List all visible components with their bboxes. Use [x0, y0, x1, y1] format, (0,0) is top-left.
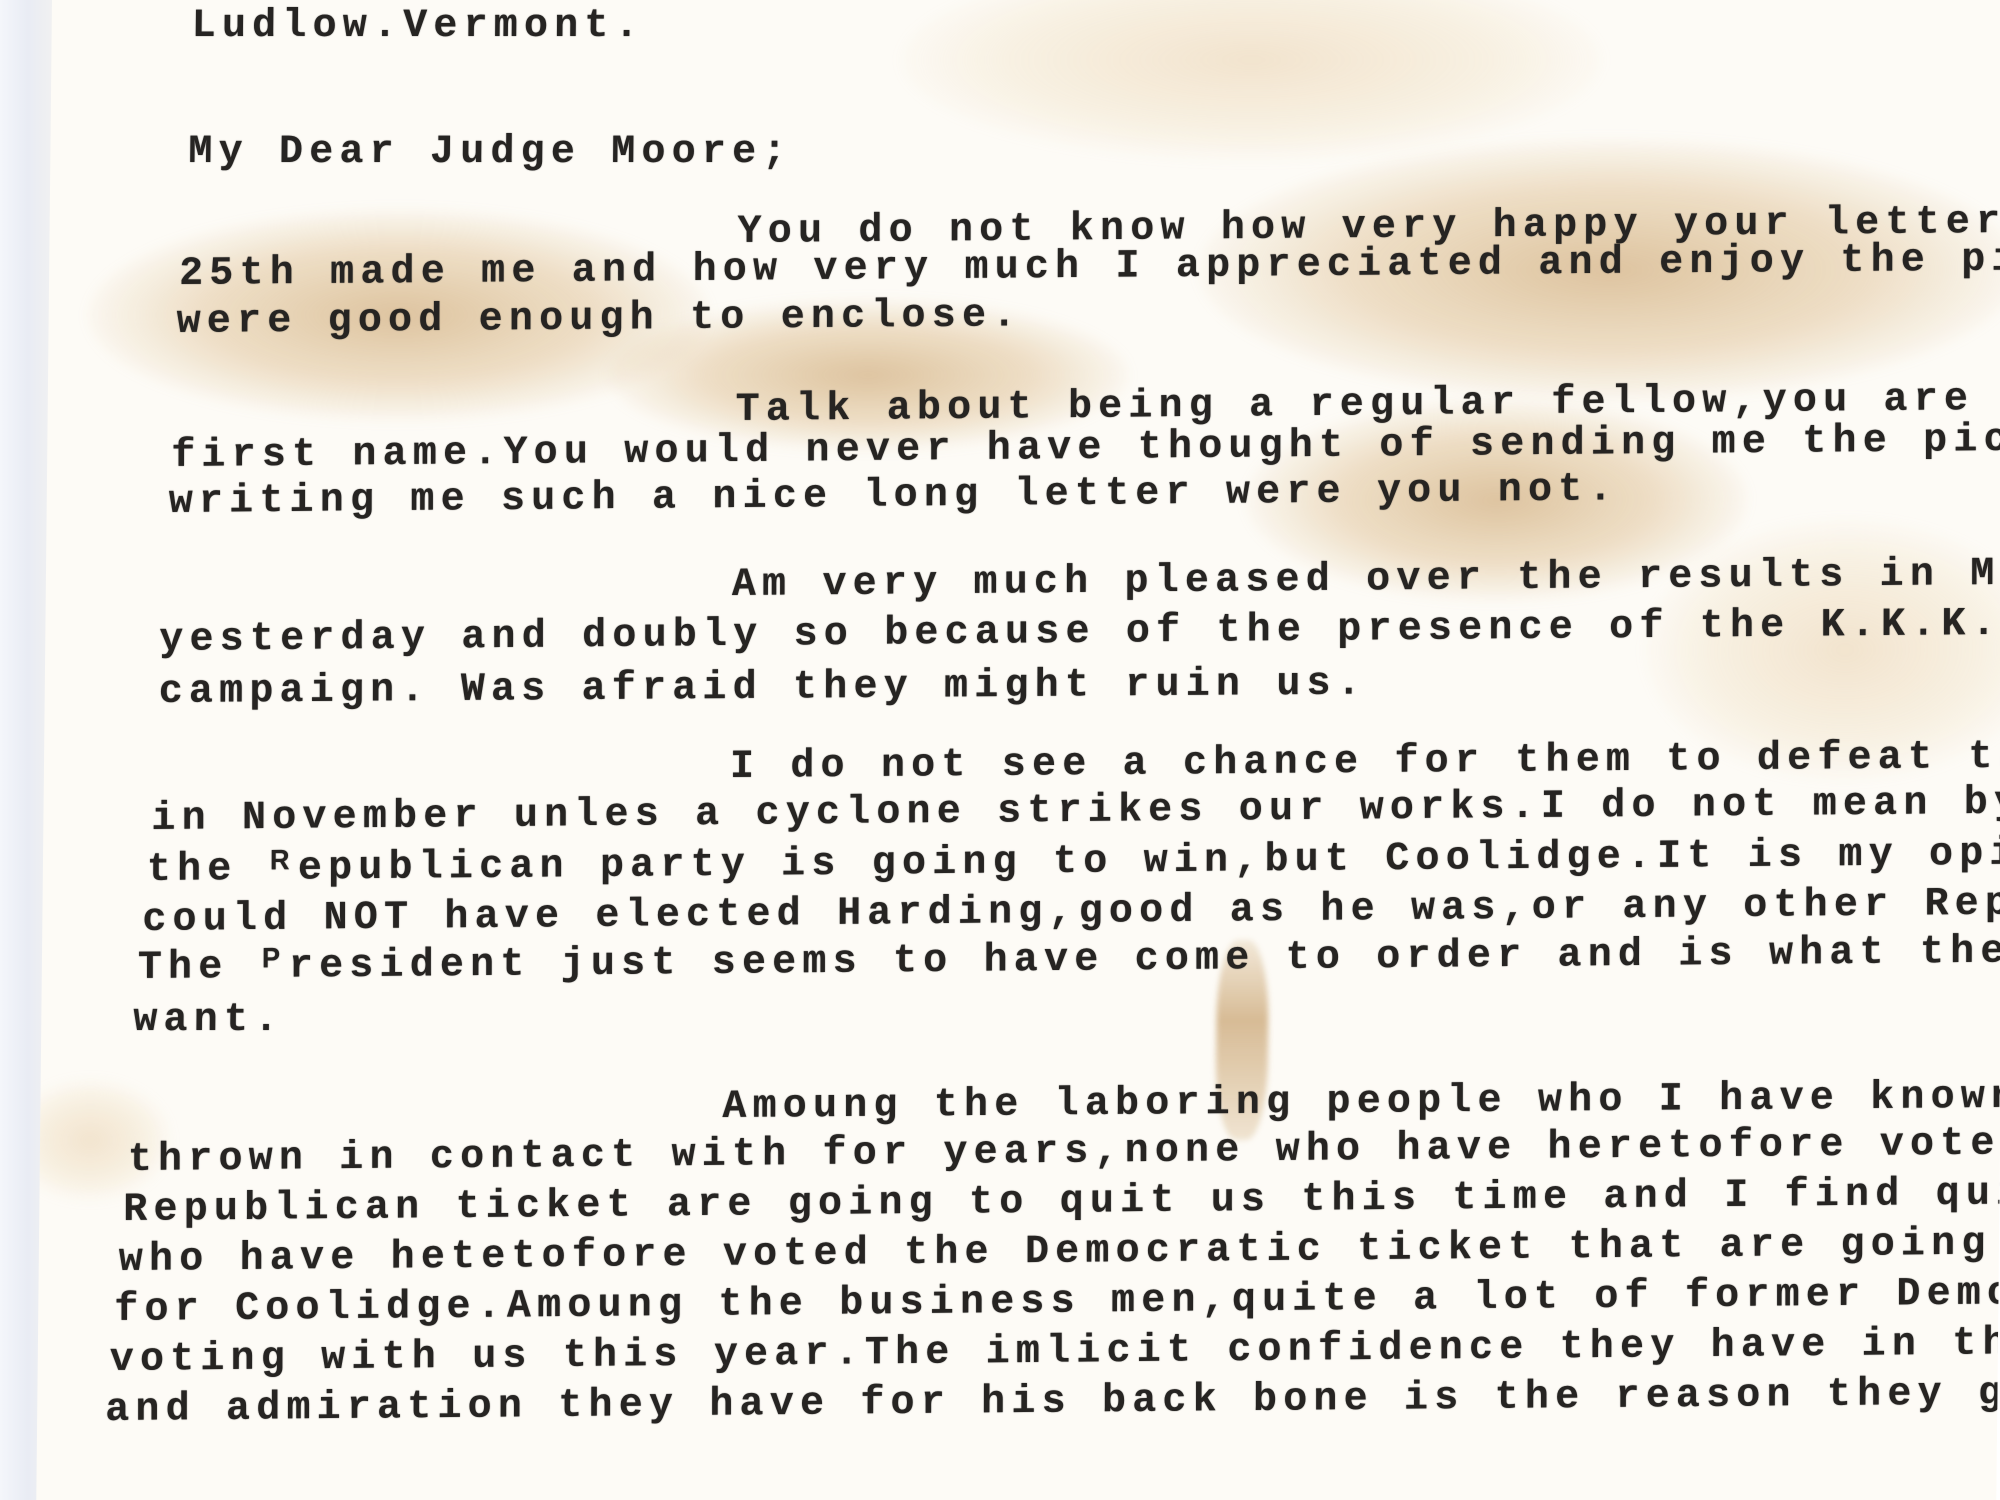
address-line: Ludlow.Vermont.	[191, 4, 645, 49]
paragraph-4-line-6: want.	[133, 998, 285, 1043]
paragraph-5-line-1: Amoung the laboring people who I have kn…	[722, 1075, 2000, 1130]
paragraph-5-line-7: and admiration they have for his back bo…	[105, 1371, 2000, 1433]
letter-page: Ludlow.Vermont. My Dear Judge Moore; You…	[36, 0, 2000, 1500]
paragraph-4-line-2: in November unles a cyclone strikes our …	[151, 780, 2000, 842]
stain-top	[900, 0, 1602, 160]
paragraph-1-line-3: were good enough to enclose.	[177, 293, 1023, 345]
salutation: My Dear Judge Moore;	[188, 130, 793, 175]
paragraph-3-line-3: campaign. Was afraid they might ruin us.	[159, 662, 1367, 715]
